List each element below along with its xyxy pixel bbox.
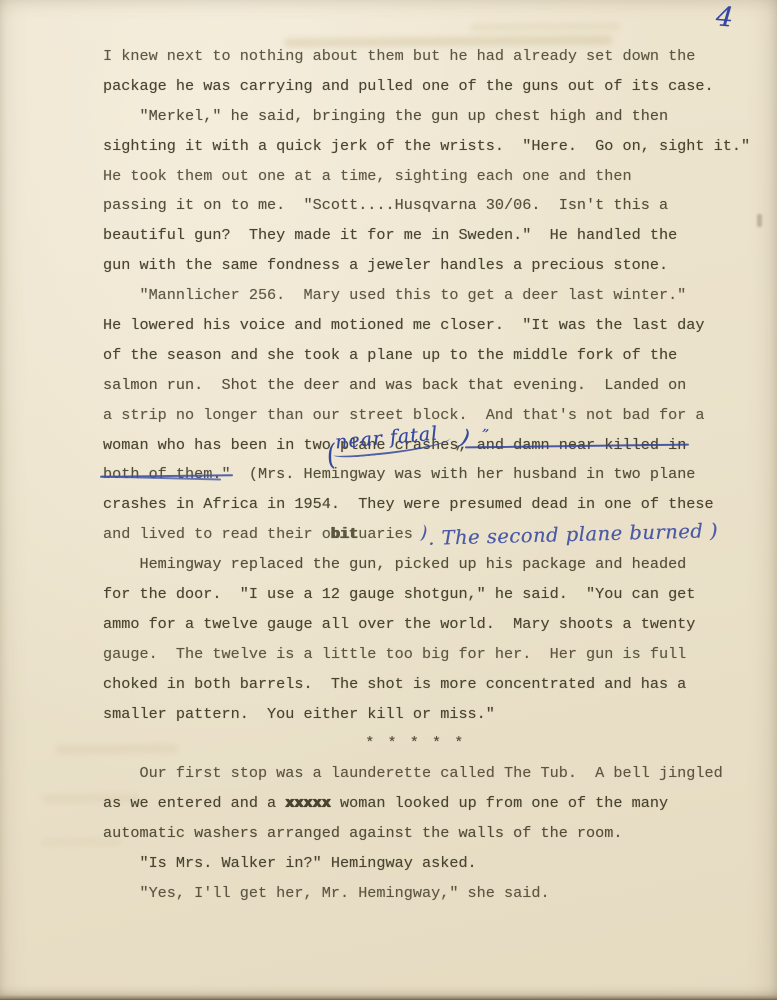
typed-line: salmon run. Shot the deer and was back t… (103, 371, 763, 401)
typed-line: crashes in Africa in 1954. They were pre… (103, 490, 763, 520)
typed-line: Our first stop was a launderette called … (103, 759, 763, 789)
page-number: 4 (715, 1, 735, 33)
typed-line: of the season and she took a plane up to… (103, 341, 763, 371)
typed-line: smaller pattern. You either kill or miss… (103, 700, 763, 730)
typed-line: for the door. "I use a 12 gauge shotgun,… (103, 580, 763, 610)
typed-line: both of them." (Mrs. Hemingway was with … (103, 460, 763, 490)
typed-line: Hemingway replaced the gun, picked up hi… (103, 550, 763, 580)
typed-line: automatic washers arranged against the w… (103, 819, 763, 849)
typed-line: "Mannlicher 256. Mary used this to get a… (103, 281, 763, 311)
typed-line: "Yes, I'll get her, Mr. Hemingway," she … (103, 879, 763, 909)
paper-bottom-edge (0, 995, 777, 1000)
overtyped-letters: bit (331, 525, 358, 543)
typed-line: sighting it with a quick jerk of the wri… (103, 132, 763, 162)
typed-line: gauge. The twelve is a little too big fo… (103, 640, 763, 670)
typed-line: "Merkel," he said, bringing the gun up c… (103, 102, 763, 132)
typed-line: passing it on to me. "Scott....Husqvarna… (103, 191, 763, 221)
bleed-through-smudge (470, 22, 620, 31)
manuscript-page: 4 I knew next to nothing about them but … (0, 0, 777, 1000)
typed-line: gun with the same fondness a jeweler han… (103, 251, 763, 281)
typed-line: "Is Mrs. Walker in?" Hemingway asked. (103, 849, 763, 879)
typed-line: beautiful gun? They made it for me in Sw… (103, 221, 763, 251)
typed-line: I knew next to nothing about them but he… (103, 42, 763, 72)
struck-text: and damn near killed in (468, 436, 687, 454)
typescript-body: I knew next to nothing about them but he… (103, 42, 763, 909)
handwritten-second-plane-note: . The second plane burned ) (428, 516, 719, 553)
ink-squiggle-mark (412, 524, 428, 542)
section-break-asterisks: * * * * * (103, 729, 763, 759)
struck-text: both of them." (103, 465, 231, 483)
typed-line: He lowered his voice and motioned me clo… (103, 311, 763, 341)
typed-line: choked in both barrels. The shot is more… (103, 670, 763, 700)
typed-line: ammo for a twelve gauge all over the wor… (103, 610, 763, 640)
overtyped-deletion: xxxxx (285, 794, 331, 812)
typed-line: as we entered and a xxxxx woman looked u… (103, 789, 763, 819)
typed-line: package he was carrying and pulled one o… (103, 72, 763, 102)
typed-line: woman who has been in two(near fatal pla… (103, 431, 763, 461)
typed-line: and lived to read their obituaries. The … (103, 520, 763, 550)
typed-line: He took them out one at a time, sighting… (103, 162, 763, 192)
